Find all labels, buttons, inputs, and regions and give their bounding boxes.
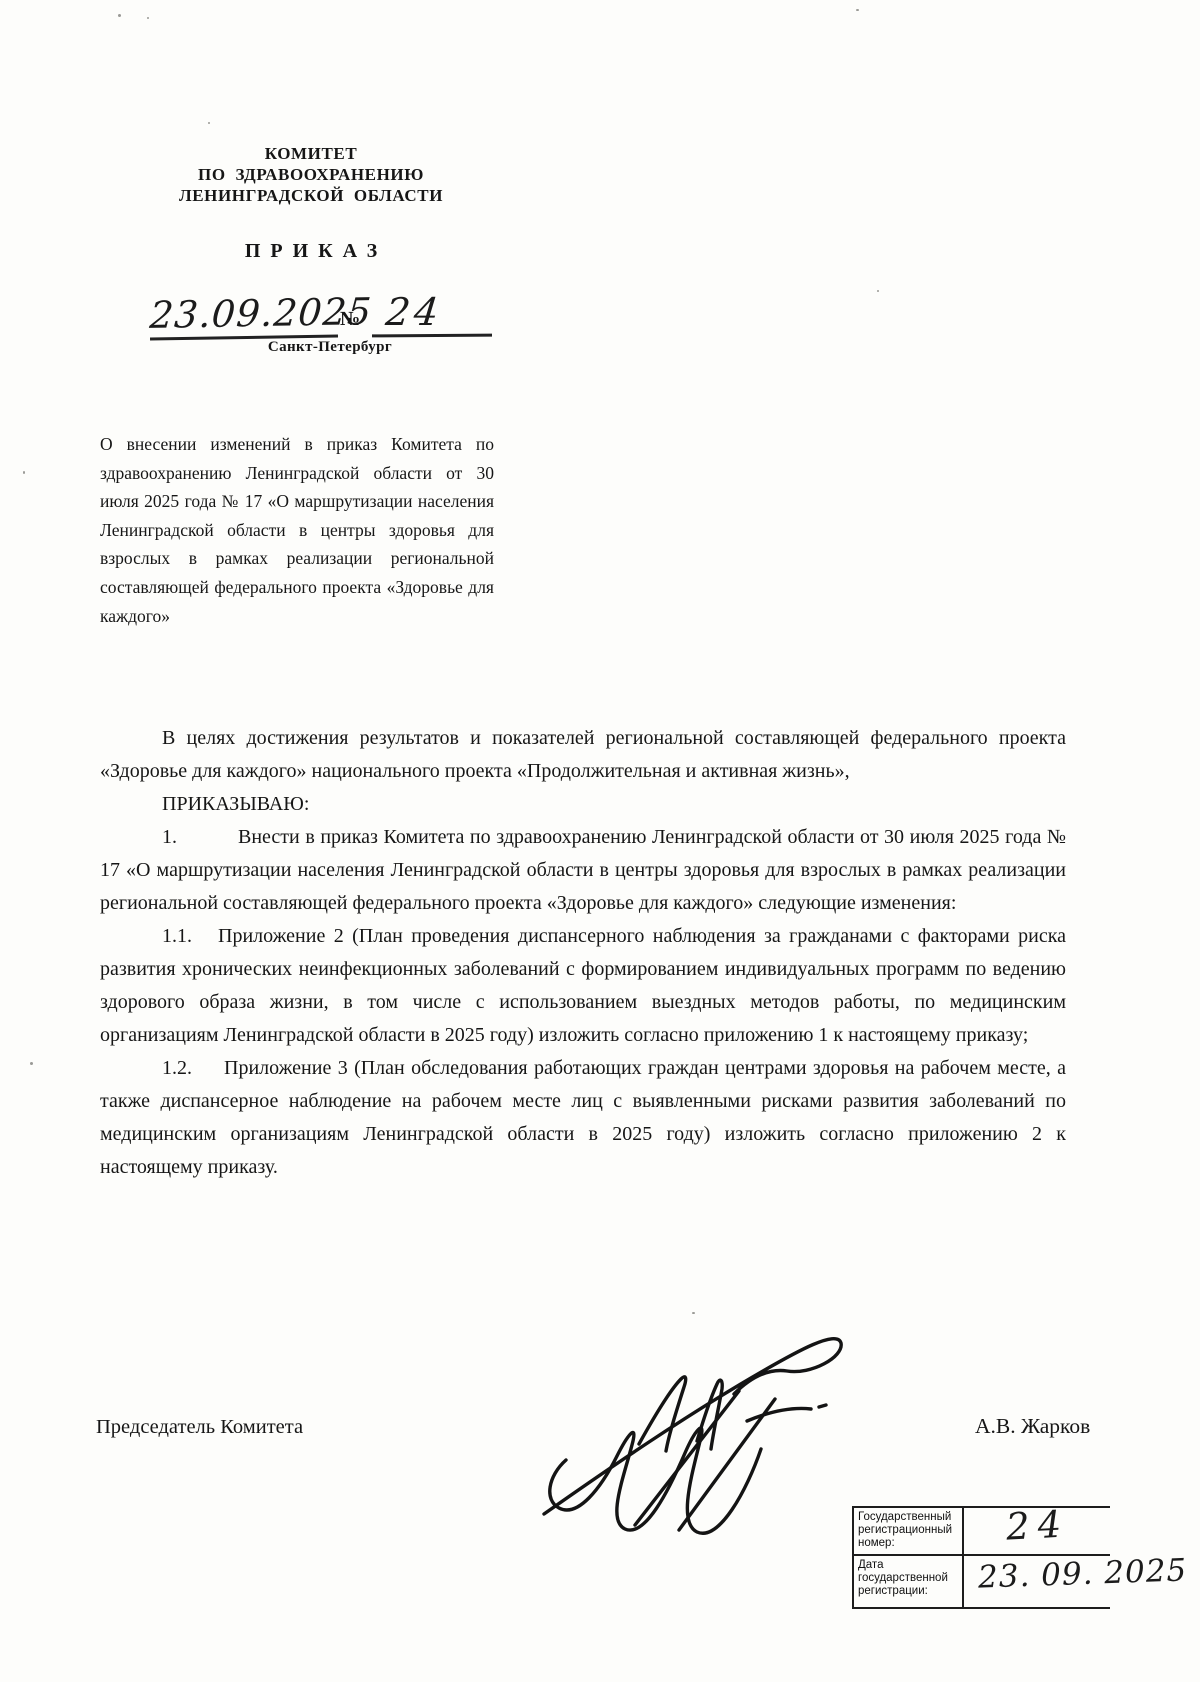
reg-number-cell: 24 (964, 1508, 1110, 1554)
number-sign: № (340, 308, 360, 331)
item-number: 1.1. (162, 920, 218, 953)
item-number: 1.2. (162, 1052, 224, 1085)
item-number: 1. (162, 821, 238, 854)
handwritten-number: 24 (384, 290, 445, 334)
org-name-line-3: ЛЕНИНГРАДСКОЙ ОБЛАСТИ (130, 185, 492, 206)
number-underline (372, 334, 492, 338)
item-text: Внести в приказ Комитета по здравоохране… (100, 826, 1066, 914)
scan-speck (856, 9, 859, 11)
reg-date-cell: 23. 09. 2025 (964, 1556, 1110, 1607)
handwritten-reg-date: 23. 09. 2025 (977, 1552, 1187, 1595)
reg-number-label: Государственный регистрационный номер: (854, 1508, 964, 1554)
order-item-1-2: 1.2.Приложение 3 (План обследования рабо… (100, 1052, 1066, 1184)
place-label: Санкт-Петербург (230, 339, 430, 356)
item-text: Приложение 2 (План проведения диспансерн… (100, 925, 1066, 1046)
letterhead: КОМИТЕТ ПО ЗДРАВООХРАНЕНИЮ ЛЕНИНГРАДСКОЙ… (130, 143, 492, 206)
scan-speck (118, 14, 121, 17)
stamp-row-date: Дата государственной регистрации: 23. 09… (854, 1554, 1110, 1607)
order-word: ПРИКАЗЫВАЮ: (100, 788, 1066, 821)
stamp-row-number: Государственный регистрационный номер: 2… (854, 1508, 1110, 1554)
org-name-line-1: КОМИТЕТ (130, 143, 492, 164)
intro-paragraph: В целях достижения результатов и показат… (100, 722, 1066, 788)
subject-paragraph: О внесении изменений в приказ Комитета п… (100, 430, 494, 630)
doc-type-heading: ПРИКАЗ (130, 240, 492, 263)
order-item-1-1: 1.1.Приложение 2 (План проведения диспан… (100, 920, 1066, 1052)
scan-speck (692, 1312, 695, 1314)
item-text: Приложение 3 (План обследования работающ… (100, 1057, 1066, 1178)
scan-speck (877, 290, 879, 292)
signer-title: Председатель Комитета (96, 1416, 303, 1439)
scan-speck (147, 17, 149, 19)
reg-date-label: Дата государственной регистрации: (854, 1556, 964, 1607)
order-item-1: 1.Внести в приказ Комитета по здравоохра… (100, 821, 1066, 920)
registration-stamp: Государственный регистрационный номер: 2… (852, 1506, 1110, 1609)
org-name-line-2: ПО ЗДРАВООХРАНЕНИЮ (130, 164, 492, 185)
order-body: В целях достижения результатов и показат… (100, 722, 1066, 1184)
scanned-order-page: КОМИТЕТ ПО ЗДРАВООХРАНЕНИЮ ЛЕНИНГРАДСКОЙ… (0, 0, 1200, 1682)
scan-speck (208, 122, 210, 124)
scan-speck (23, 471, 25, 474)
signer-name: А.В. Жарков (975, 1414, 1090, 1439)
signature-autograph-icon (538, 1328, 860, 1566)
handwritten-reg-number: 24 (1005, 1502, 1070, 1548)
scan-speck (30, 1062, 33, 1065)
